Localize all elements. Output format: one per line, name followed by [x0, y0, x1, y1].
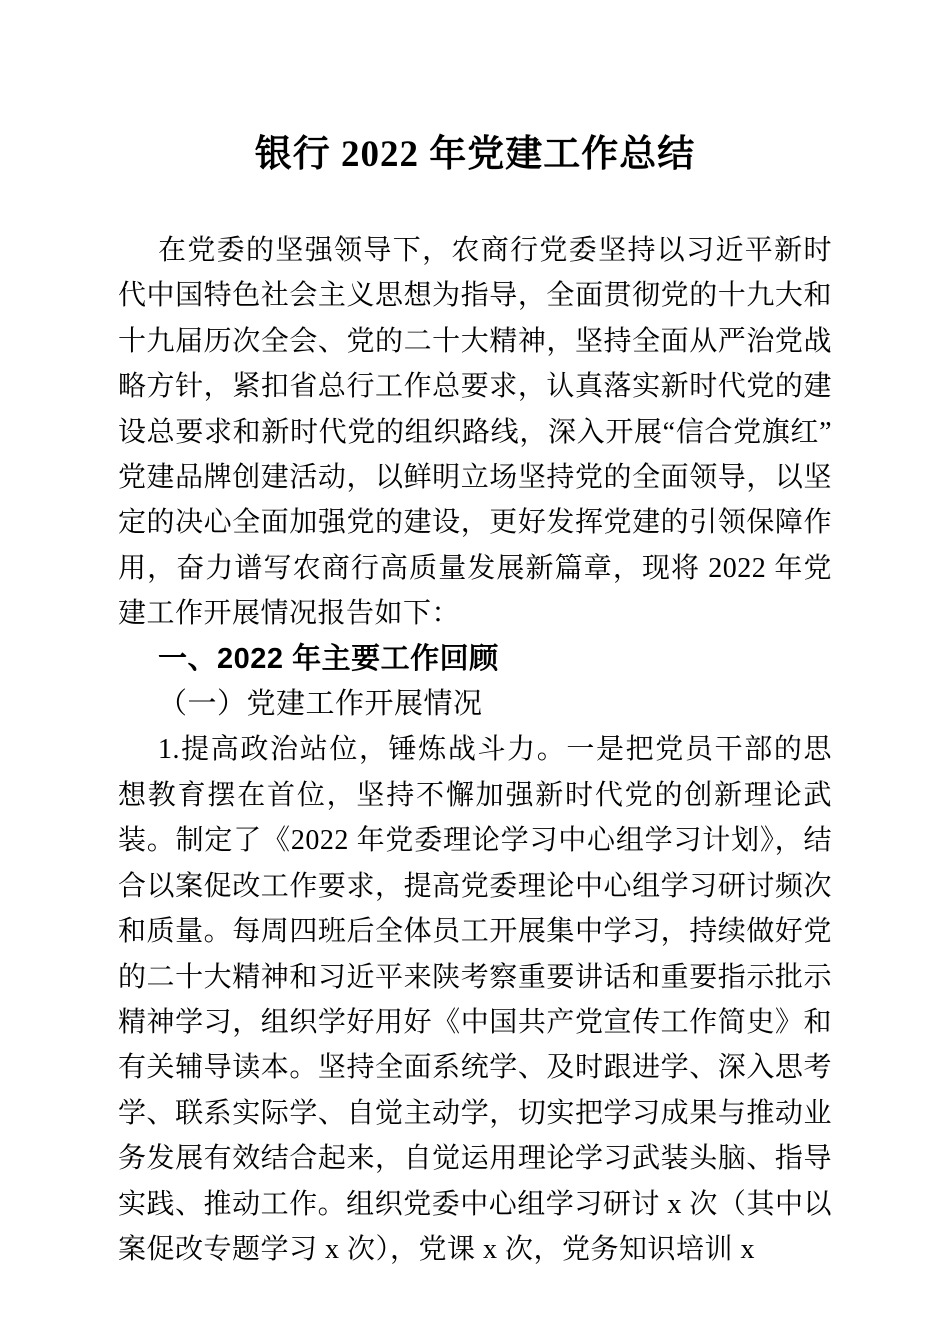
document-page: 银行 2022 年党建工作总结 在党委的坚强领导下，农商行党委坚持以习近平新时代… [0, 0, 950, 1344]
subsection-heading-party-building-status: （一）党建工作开展情况 [118, 682, 832, 727]
body-paragraph-political-position: 1.提高政治站位，锤炼战斗力。一是把党员干部的思想教育摆在首位，坚持不懈加强新时… [118, 727, 832, 1272]
intro-paragraph: 在党委的坚强领导下，农商行党委坚持以习近平新时代中国特色社会主义思想为指导，全面… [118, 228, 832, 637]
section-heading-main-work-review: 一、2022 年主要工作回顾 [118, 637, 832, 682]
document-title: 银行 2022 年党建工作总结 [118, 130, 832, 180]
